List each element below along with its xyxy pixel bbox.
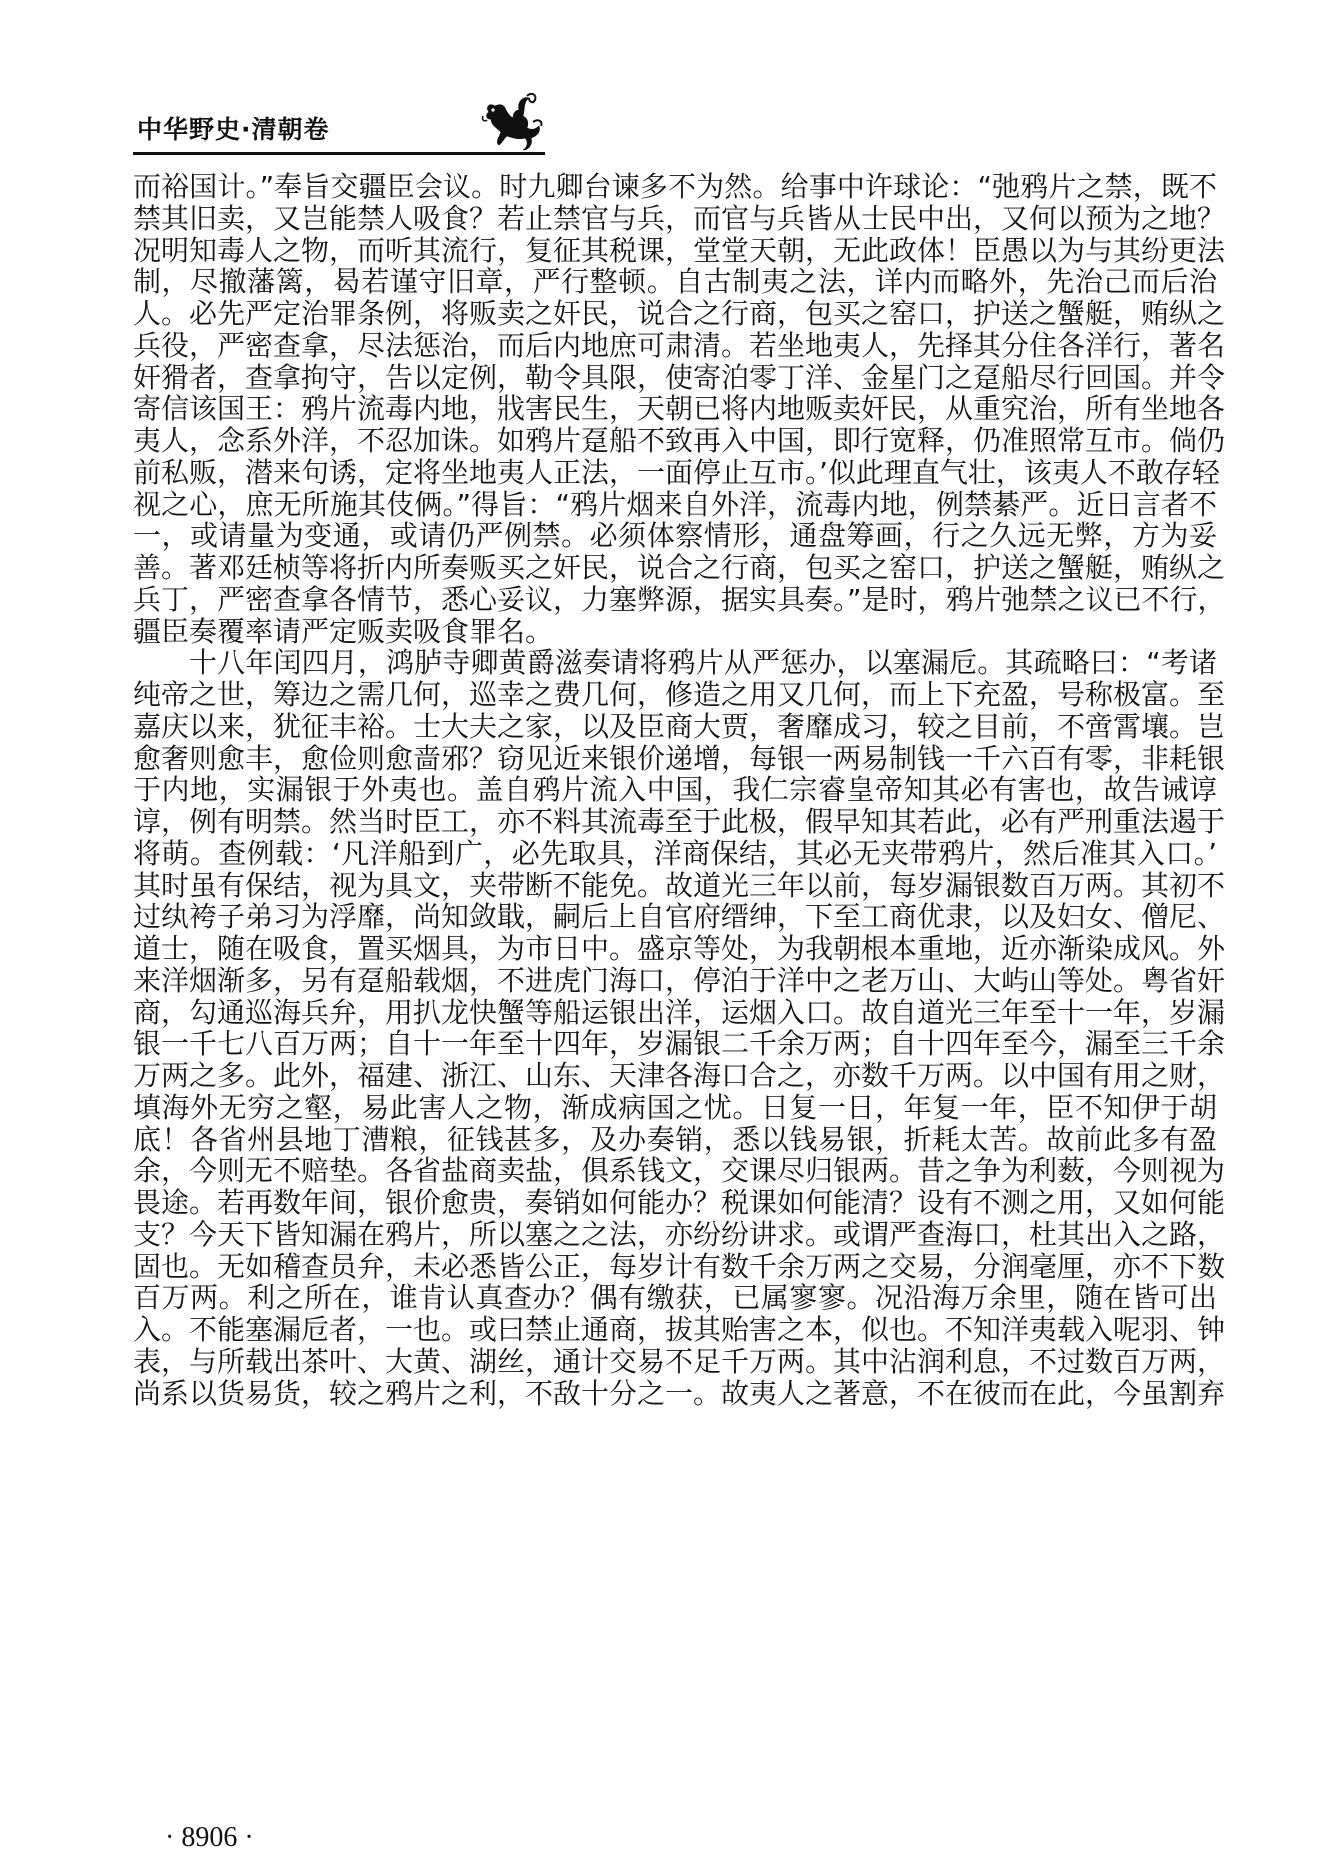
text-line: 入。不能塞漏卮者，一也。或曰禁止通商，拔其贻害之本，似也。不知洋夷载入呢羽、钟	[133, 1314, 1217, 1346]
text-line: 十八年闰四月，鸿胪寺卿黄爵滋奏请将鸦片从严惩办，以塞漏卮。其疏略曰：“考诸	[133, 647, 1217, 679]
text-line: 兵丁，严密查拿各情节，悉心妥议，力塞弊源，据实具奏。”是时，鸦片弛禁之议已不行，	[133, 584, 1217, 616]
text-line: 于内地，实漏银于外夷也。盖自鸦片流入中国，我仁宗睿皇帝知其必有害也，故告诫谆	[133, 774, 1217, 806]
body-text: 而裕国计。”奉旨交疆臣会议。时九卿台谏多不为然。给事中许球论：“弛鸦片之禁，既不…	[133, 171, 1217, 1409]
text-line: 万两之多。此外，福建、浙江、山东、天津各海口合之，亦数千万两。以中国有用之财，	[133, 1060, 1217, 1092]
text-line: 畏途。若再数年间，银价愈贵，奏销如何能办？税课如何能清？设有不测之用，又如何能	[133, 1187, 1217, 1219]
text-line: 善。著邓廷桢等将折内所奏贩买之奸民，说合之行商，包买之窑口，护送之蟹艇，贿纵之	[133, 552, 1217, 584]
text-line: 表，与所载出茶叶、大黄、湖丝，通计交易不足千万两。其中沾润利息，不过数百万两，	[133, 1346, 1217, 1378]
text-line: 纯帝之世，筹边之需几何，巡幸之费几何，修造之用又几何，而上下充盈，号称极富。至	[133, 679, 1217, 711]
text-line: 制，尽撤藩篱，曷若谨守旧章，严行整顿。自古制夷之法，详内而略外，先治己而后治	[133, 266, 1217, 298]
text-line: 过纨袴子弟习为浮靡，尚知敛戢，嗣后上自官府缙绅，下至工商优隶，以及妇女、僧尼、	[133, 901, 1217, 933]
text-line: 一，或请量为变通，或请仍严例禁。必须体察情形，通盘筹画，行之久远无弊，方为妥	[133, 520, 1217, 552]
page-number: · 8906 ·	[165, 1822, 254, 1854]
text-line: 谆，例有明禁。然当时臣工，亦不料其流毒至于此极，假早知其若此，必有严刑重法遏于	[133, 806, 1217, 838]
text-line: 前私贩，潜来句诱，定将坐地夷人正法，一面停止互市。’似此理直气壮，该夷人不敢存轻	[133, 457, 1217, 489]
text-line: 而裕国计。”奉旨交疆臣会议。时九卿台谏多不为然。给事中许球论：“弛鸦片之禁，既不	[133, 171, 1217, 203]
dragon-icon	[477, 92, 545, 152]
text-line: 其时虽有保结，视为具文，夹带断不能免。故道光三年以前，每岁漏银数百万两。其初不	[133, 870, 1217, 902]
header-rule	[133, 152, 545, 155]
text-line: 嘉庆以来，犹征丰裕。士大夫之家，以及臣商大贾，奢靡成习，较之目前，不啻霄壤。岂	[133, 711, 1217, 743]
paragraph-1: 而裕国计。”奉旨交疆臣会议。时九卿台谏多不为然。给事中许球论：“弛鸦片之禁，既不…	[133, 171, 1217, 647]
text-line: 填海外无穷之壑，易此害人之物，渐成病国之忧。日复一日，年复一年，臣不知伊于胡	[133, 1092, 1217, 1124]
text-line: 兵役，严密查拿，尽法惩治，而后内地庶可肃清。若坐地夷人，先择其分住各洋行，著名	[133, 330, 1217, 362]
paragraph-2: 十八年闰四月，鸿胪寺卿黄爵滋奏请将鸦片从严惩办，以塞漏卮。其疏略曰：“考诸 纯帝…	[133, 647, 1217, 1409]
text-line: 余，今则无不赔垫。各省盐商卖盐，俱系钱文，交课尽归银两。昔之争为利薮，今则视为	[133, 1155, 1217, 1187]
text-line: 禁其旧卖，又岂能禁人吸食？若止禁官与兵，而官与兵皆从士民中出，又何以预为之地？	[133, 203, 1217, 235]
text-line: 夷人，念系外洋，不忍加诛。如鸦片趸船不致再入中国，即行宽释，仍准照常互市。倘仍	[133, 425, 1217, 457]
book-title: 中华野史·清朝卷	[137, 110, 330, 146]
text-line: 道士，随在吸食，置买烟具，为市日中。盛京等处，为我朝根本重地，近亦渐染成风。外	[133, 933, 1217, 965]
text-line: 尚系以货易货，较之鸦片之利，不敌十分之一。故夷人之著意，不在彼而在此，今虽割弃	[133, 1378, 1217, 1410]
text-line: 商，勾通巡海兵弁，用扒龙快蟹等船运银出洋，运烟入口。故自道光三年至十一年，岁漏	[133, 997, 1217, 1029]
text-line: 愈奢则愈丰，愈俭则愈啬邪？窃见近来银价递增，每银一两易制钱一千六百有零，非耗银	[133, 743, 1217, 775]
text-line: 寄信该国王：鸦片流毒内地，戕害民生，天朝已将内地贩卖奸民，从重究治，所有坐地各	[133, 393, 1217, 425]
text-line: 况明知毒人之物，而听其流行，复征其税课，堂堂天朝，无此政体！臣愚以为与其纷更法	[133, 235, 1217, 267]
text-line: 视之心，庶无所施其伎俩。”得旨：“鸦片烟来自外洋，流毒内地，例禁綦严。近日言者不	[133, 489, 1217, 521]
text-line: 固也。无如稽查员弁，未必悉皆公正，每岁计有数千余万两之交易，分润毫厘，亦不下数	[133, 1251, 1217, 1283]
text-line: 百万两。利之所在，谁肯认真查办？偶有缴获，已属寥寥。况沿海万余里，随在皆可出	[133, 1282, 1217, 1314]
text-line: 银一千七八百万两；自十一年至十四年，岁漏银二千余万两；自十四年至今，漏至三千余	[133, 1028, 1217, 1060]
text-line: 支？今天下皆知漏在鸦片，所以塞之之法，亦纷纷讲求。或谓严查海口，杜其出入之路，	[133, 1219, 1217, 1251]
text-line: 将萌。查例载：‘凡洋船到广，必先取具，洋商保结，其必无夹带鸦片，然后准其入口。’	[133, 838, 1217, 870]
text-line: 人。必先严定治罪条例，将贩卖之奸民，说合之行商，包买之窑口，护送之蟹艇，贿纵之	[133, 298, 1217, 330]
text-line: 底！各省州县地丁漕粮，征钱甚多，及办奏销，悉以钱易银，折耗太苦。故前此多有盈	[133, 1124, 1217, 1156]
text-line: 奸猾者，查拿拘守，告以定例，勒令具限，使寄泊零丁洋、金星门之趸船尽行回国。并令	[133, 362, 1217, 394]
text-line: 来洋烟渐多，另有趸船载烟，不进虎门海口，停泊于洋中之老万山、大屿山等处。粤省奸	[133, 965, 1217, 997]
text-line: 疆臣奏覆率请严定贩卖吸食罪名。	[133, 616, 1217, 648]
